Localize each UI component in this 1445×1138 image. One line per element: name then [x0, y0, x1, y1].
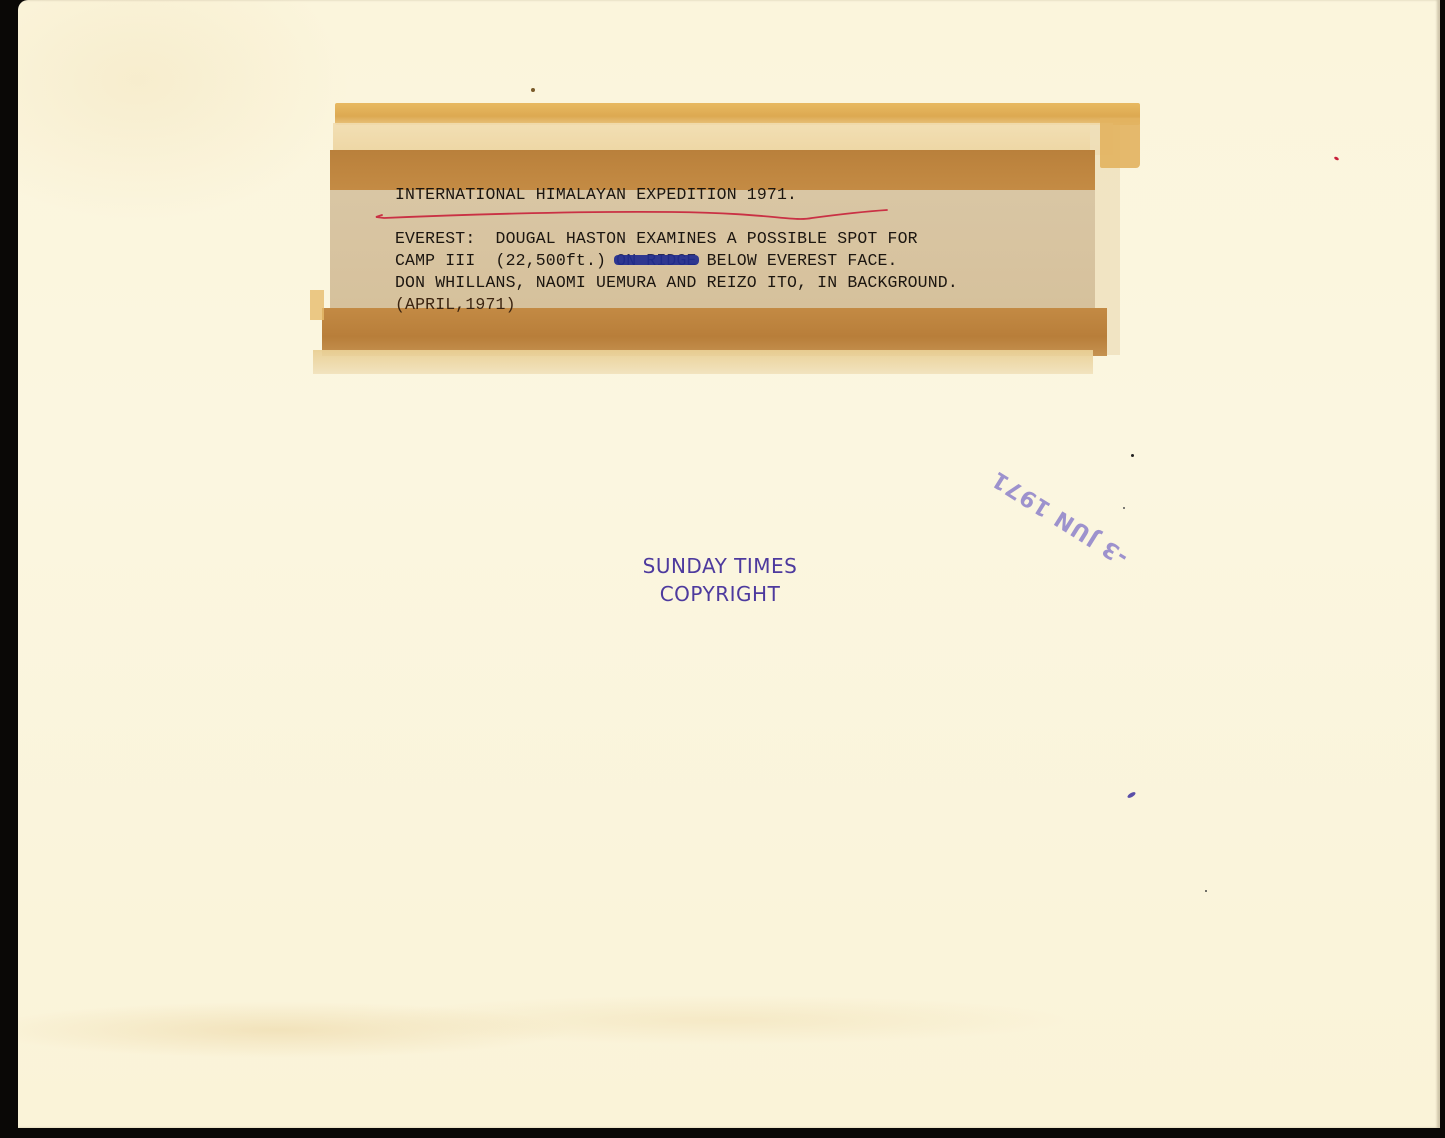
- copyright-stamp: SUNDAY TIMES COPYRIGHT: [560, 552, 880, 608]
- tape-flap-right: [1100, 118, 1140, 168]
- copyright-stamp-line2: COPYRIGHT: [560, 580, 880, 608]
- tape-nub-left: [310, 290, 324, 320]
- dust-speck: [1131, 454, 1134, 457]
- struck-out-text: ON RIDGE: [616, 250, 696, 272]
- dust-speck: [531, 88, 535, 92]
- caption-line-3: DON WHILLANS, NAOMI UEMURA AND REIZO ITO…: [395, 272, 1095, 294]
- tape-strip-bottom-translucent: [313, 350, 1093, 374]
- typed-caption: INTERNATIONAL HIMALAYAN EXPEDITION 1971.…: [395, 184, 1095, 316]
- caption-line-2: CAMP III (22,500ft.) ON RIDGE BELOW EVER…: [395, 250, 1095, 272]
- caption-date: (APRIL,1971): [395, 294, 1095, 316]
- caption-line-1: EVEREST: DOUGAL HASTON EXAMINES A POSSIB…: [395, 228, 1095, 250]
- caption-heading: INTERNATIONAL HIMALAYAN EXPEDITION 1971.: [395, 184, 1095, 206]
- copyright-stamp-line1: SUNDAY TIMES: [560, 552, 880, 580]
- dust-speck: [1123, 507, 1125, 509]
- tape-strip-top: [335, 103, 1140, 125]
- dust-speck: [1205, 890, 1207, 892]
